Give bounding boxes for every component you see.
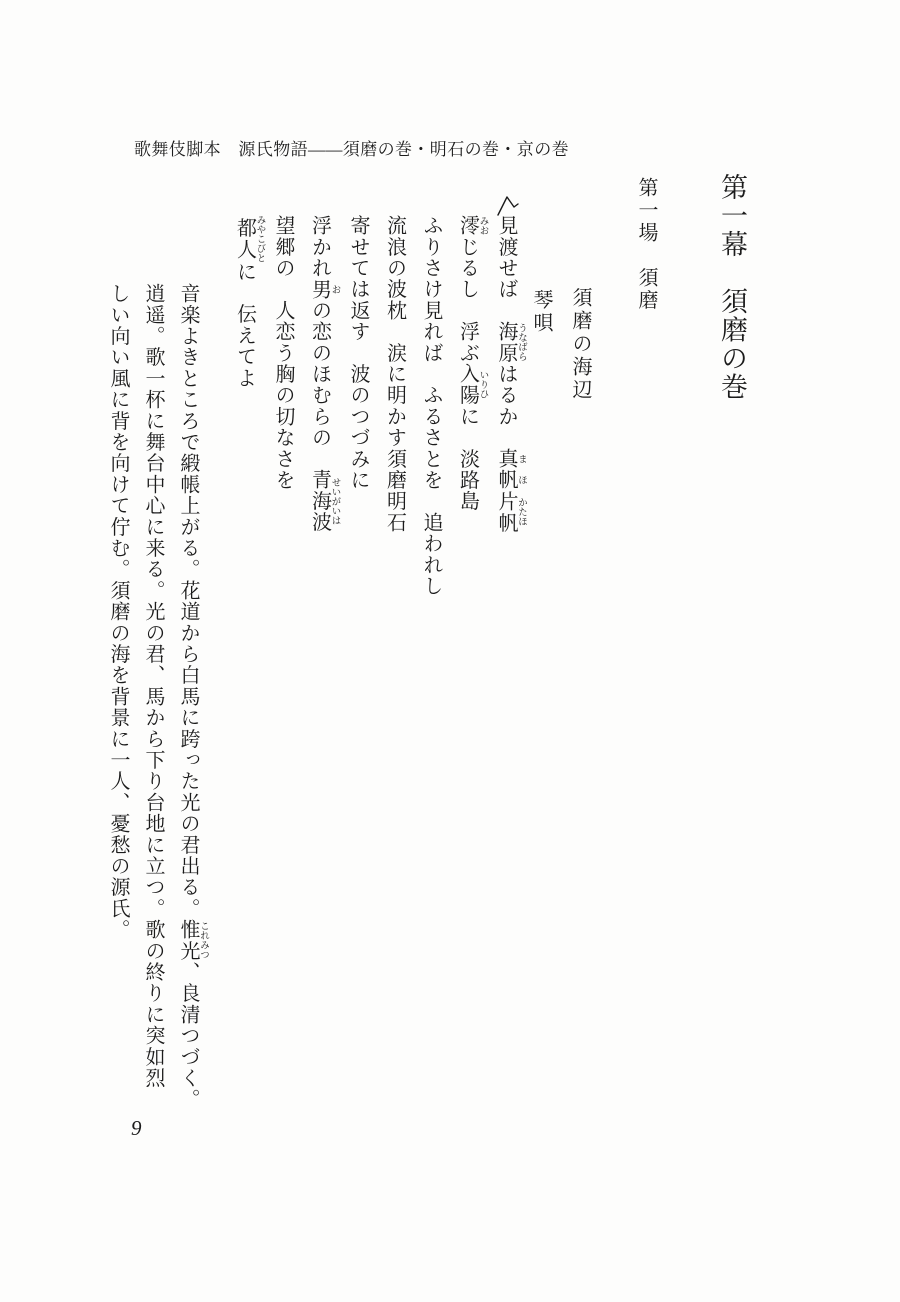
lyric-line: 澪みおじるし 浮ぶ入陽いりひに 淡路島 bbox=[449, 215, 488, 855]
scene-title: 第一場 須磨 bbox=[632, 177, 661, 312]
lyric-line: ふりさけ見れば ふるさとを 追われし bbox=[413, 215, 450, 855]
lyric-line: 都人みやこびとに 伝えてよ bbox=[226, 215, 265, 855]
act-title: 第一幕 須磨の巻 bbox=[713, 173, 752, 401]
song-lyrics-block: 見渡せば 海原うなばらはるか 真ま帆ほ片帆かたほ澪みおじるし 浮ぶ入陽いりひに … bbox=[226, 215, 526, 855]
setting-heading: 須磨の海辺 bbox=[566, 287, 595, 402]
stage-direction-line: 逍遥。歌一杯に舞台中心に来る。光の君、馬から下り台地に立つ。歌の終りに突如烈 bbox=[135, 283, 170, 1143]
page-number: 9 bbox=[131, 1116, 142, 1141]
stage-direction-line: 音楽よきところで緞帳上がる。花道から白馬に跨った光の君出る。惟光これみつ、良清つ… bbox=[170, 283, 208, 1143]
lyric-line: 浮かれ男おの恋のほむらの 青海波せいがいは bbox=[301, 215, 340, 855]
lyric-line: 寄せては返す 波のつづみに bbox=[340, 215, 377, 855]
running-header: 歌舞伎脚本 源氏物語――須磨の巻・明石の巻・京の巻 bbox=[134, 135, 569, 160]
stage-directions-block: 音楽よきところで緞帳上がる。花道から白馬に跨った光の君出る。惟光これみつ、良清つ… bbox=[100, 283, 208, 1143]
stage-direction-line: しい向い風に背を向けて佇む。須磨の海を背景に一人、憂愁の源氏。 bbox=[100, 283, 135, 1143]
lyric-line: 望郷の 人恋う胸の切なさを bbox=[265, 215, 302, 855]
script-page: 歌舞伎脚本 源氏物語――須磨の巻・明石の巻・京の巻 第一幕 須磨の巻 第一場 須… bbox=[0, 0, 900, 1302]
lyric-line: 見渡せば 海原うなばらはるか 真ま帆ほ片帆かたほ bbox=[488, 215, 527, 855]
lyric-line: 流浪の波枕 涙に明かす須磨明石 bbox=[376, 215, 413, 855]
song-title-label: 琴唄 bbox=[527, 289, 556, 335]
